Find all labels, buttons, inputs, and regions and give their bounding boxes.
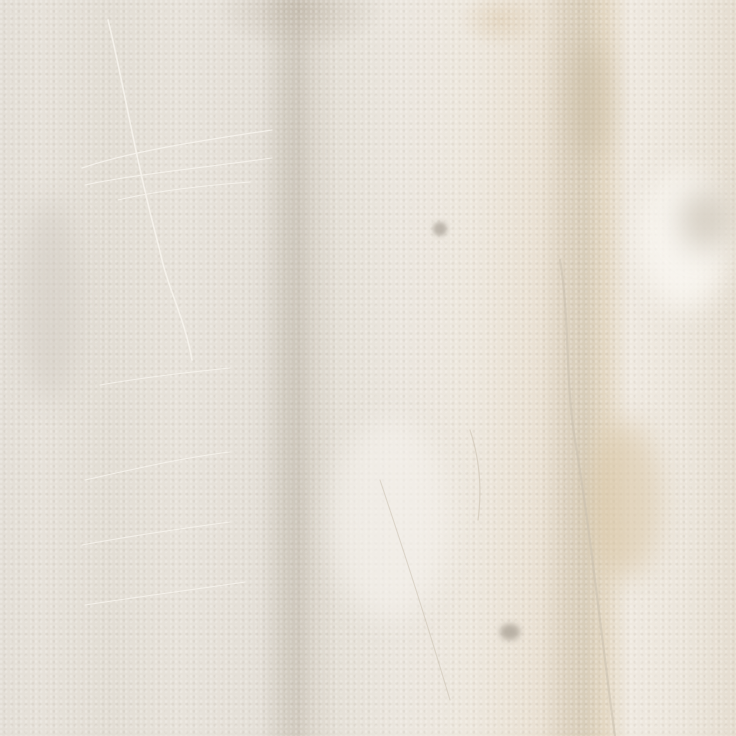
gray-patch [20, 200, 80, 400]
veins-overlay [0, 0, 736, 736]
gray-patch [680, 190, 730, 250]
stone-texture-image [0, 0, 736, 736]
mineral-spot [500, 624, 520, 640]
ochre-patch [590, 420, 660, 580]
light-patch [330, 420, 450, 620]
mineral-spot [433, 222, 447, 236]
ochre-patch [570, 40, 610, 160]
shadow-band [280, 0, 310, 736]
grain-overlay [0, 0, 736, 736]
